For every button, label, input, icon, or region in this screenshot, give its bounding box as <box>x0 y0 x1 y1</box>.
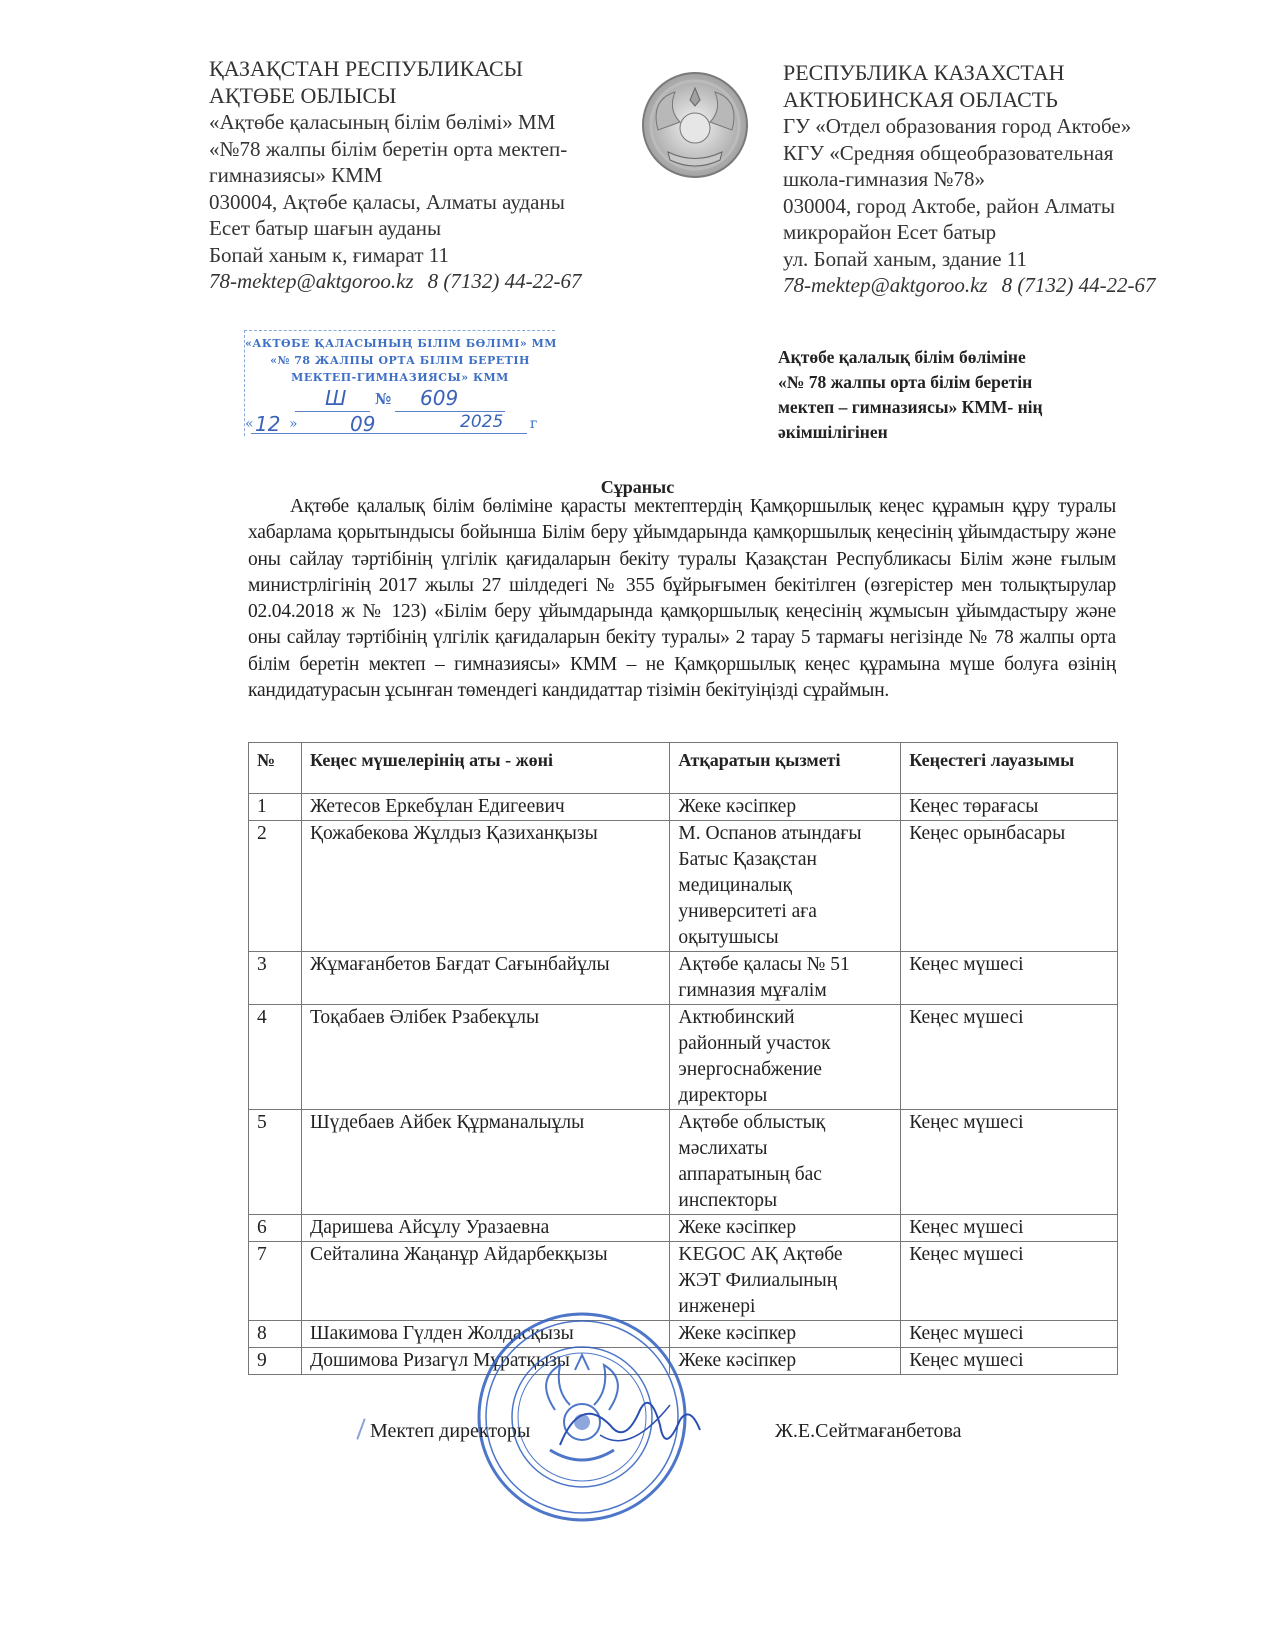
member-position: Жеке кәсіпкер <box>670 794 901 821</box>
header-position: Атқаратын қызметі <box>670 743 901 794</box>
signatory-title: Мектеп директоры <box>370 1420 530 1443</box>
stamp-number-label: № <box>375 390 391 408</box>
member-position: KEGOC АҚ АқтөбеЖЭТ Филиалыныңинженері <box>670 1242 901 1321</box>
member-position-line: Батыс Қазақстан <box>678 847 892 873</box>
member-position-line: районный участок <box>678 1031 892 1057</box>
table-row: 3Жұмағанбетов Бағдат СағынбайұлыАқтөбе қ… <box>249 952 1118 1005</box>
member-position-line: мәслихаты <box>678 1136 892 1162</box>
header-name: Кеңес мүшелерінің аты - жөні <box>301 743 669 794</box>
member-position-line: Актюбинский <box>678 1005 892 1031</box>
header-left-phone: 8 (7132) 44-22-67 <box>428 269 582 293</box>
member-number: 3 <box>249 952 302 1005</box>
member-position-line: М. Оспанов атындағы <box>678 821 892 847</box>
header-right-line: ГУ «Отдел образования город Актобе» <box>783 113 1203 140</box>
member-name: Шүдебаев Айбек Құрманалыұлы <box>301 1110 669 1215</box>
member-position-line: Жеке кәсіпкер <box>678 1321 892 1347</box>
member-position-line: гимназия мұғалім <box>678 978 892 1004</box>
stamp-number: 609 <box>420 386 458 410</box>
member-name: Сейталина Жаңанұр Айдарбекқызы <box>301 1242 669 1321</box>
member-number: 1 <box>249 794 302 821</box>
member-position-line: инспекторы <box>678 1188 892 1214</box>
header-left-line: 030004, Ақтөбе қаласы, Алматы ауданы <box>209 189 629 216</box>
table-row: 6Даришева Айсұлу УразаевнаЖеке кәсіпкерК… <box>249 1215 1118 1242</box>
header-right-russian: РЕСПУБЛИКА КАЗАХСТАН АКТЮБИНСКАЯ ОБЛАСТЬ… <box>783 60 1203 299</box>
header-left-line: «Ақтөбе қаласының білім бөлімі» ММ <box>209 109 629 136</box>
member-council-role: Кеңес орынбасары <box>901 821 1118 952</box>
header-right-contacts: 78-mektep@aktgoroo.kz8 (7132) 44-22-67 <box>783 272 1203 299</box>
member-position-line: Жеке кәсіпкер <box>678 1215 892 1241</box>
member-number: 6 <box>249 1215 302 1242</box>
member-name: Жұмағанбетов Бағдат Сағынбайұлы <box>301 952 669 1005</box>
member-number: 5 <box>249 1110 302 1215</box>
member-position-line: ЖЭТ Филиалының <box>678 1268 892 1294</box>
header-left-contacts: 78-mektep@aktgoroo.kz8 (7132) 44-22-67 <box>209 268 629 295</box>
member-position: Жеке кәсіпкер <box>670 1215 901 1242</box>
header-left-kazakh: ҚАЗАҚСТАН РЕСПУБЛИКАСЫ АҚТӨБЕ ОБЛЫСЫ «Ақ… <box>209 56 629 295</box>
header-left-line: «№78 жалпы білім беретін орта мектеп- <box>209 136 629 163</box>
member-position: М. Оспанов атындағыБатыс Қазақстанмедици… <box>670 821 901 952</box>
table-header-row: № Кеңес мүшелерінің аты - жөні Атқаратын… <box>249 743 1118 794</box>
header-left-line: Бопай ханым к, ғимарат 11 <box>209 242 629 269</box>
member-name: Тоқабаев Әлібек Рзабекұлы <box>301 1005 669 1110</box>
header-number: № <box>249 743 302 794</box>
member-position-line: Ақтөбе облыстық <box>678 1110 892 1136</box>
header-right-email[interactable]: 78-mektep@aktgoroo.kz <box>783 273 988 297</box>
stamp-year: 2025 <box>460 412 503 432</box>
header-role: Кеңестегі лауазымы <box>901 743 1118 794</box>
member-number: 9 <box>249 1348 302 1375</box>
member-number: 4 <box>249 1005 302 1110</box>
registration-stamp: «АКТӨБЕ ҚАЛАСЫНЫҢ БІЛІМ БӨЛІМІ» ММ «№ 78… <box>244 330 555 436</box>
header-left-email[interactable]: 78-mektep@aktgoroo.kz <box>209 269 414 293</box>
member-position-line: Ақтөбе қаласы № 51 <box>678 952 892 978</box>
addressee-line: Ақтөбе қалалық білім бөліміне <box>778 345 1138 370</box>
member-position-line: Жеке кәсіпкер <box>678 794 892 820</box>
member-council-role: Кеңес мүшесі <box>901 1242 1118 1321</box>
member-council-role: Кеңес мүшесі <box>901 1321 1118 1348</box>
header-right-line: микрорайон Есет батыр <box>783 219 1203 246</box>
handwritten-signature-icon <box>540 1385 720 1475</box>
member-name: Қожабекова Жұлдыз Қазиханқызы <box>301 821 669 952</box>
addressee-block: Ақтөбе қалалық білім бөліміне «№ 78 жалп… <box>778 345 1138 445</box>
member-position-line: оқытушысы <box>678 925 892 951</box>
header-right-line: школа-гимназия №78» <box>783 166 1203 193</box>
table-row: 4Тоқабаев Әлібек РзабекұлыАктюбинскийрай… <box>249 1005 1118 1110</box>
member-number: 7 <box>249 1242 302 1321</box>
member-council-role: Кеңес төрағасы <box>901 794 1118 821</box>
header-right-phone: 8 (7132) 44-22-67 <box>1002 273 1156 297</box>
header-left-line: гимназиясы» КММ <box>209 162 629 189</box>
header-left-line: Есет батыр шағын ауданы <box>209 215 629 242</box>
header-right-line: 030004, город Актобе, район Алматы <box>783 193 1203 220</box>
member-position: Ақтөбе қаласы № 51гимназия мұғалім <box>670 952 901 1005</box>
addressee-line: мектеп – гимназиясы» КММ- нің <box>778 395 1138 420</box>
member-position-line: энергоснабжение <box>678 1057 892 1083</box>
header-left-line: АҚТӨБЕ ОБЛЫСЫ <box>209 83 629 110</box>
member-position-line: инженері <box>678 1294 892 1320</box>
member-position: Актюбинскийрайонный участокэнергоснабжен… <box>670 1005 901 1110</box>
stamp-date-row: « 12 » 09 2025 г <box>245 412 555 436</box>
addressee-line: әкімшілігінен <box>778 420 1138 445</box>
member-position-line: директоры <box>678 1083 892 1109</box>
member-council-role: Кеңес мүшесі <box>901 1110 1118 1215</box>
council-members-table: № Кеңес мүшелерінің аты - жөні Атқаратын… <box>248 742 1118 1375</box>
request-paragraph: Ақтөбе қалалық білім бөліміне қарасты ме… <box>248 494 1116 704</box>
table-row: 2Қожабекова Жұлдыз ҚазиханқызыМ. Оспанов… <box>249 821 1118 952</box>
member-council-role: Кеңес мүшесі <box>901 1215 1118 1242</box>
member-council-role: Кеңес мүшесі <box>901 1348 1118 1375</box>
kazakhstan-state-emblem-icon <box>640 70 750 180</box>
stamp-number-row: Ш № 609 <box>245 388 555 412</box>
header-left-line: ҚАЗАҚСТАН РЕСПУБЛИКАСЫ <box>209 56 629 83</box>
stamp-line: МЕКТЕП-ГИМНАЗИЯСЫ» КММ <box>245 369 555 386</box>
header-right-line: РЕСПУБЛИКА КАЗАХСТАН <box>783 60 1203 87</box>
member-position: Ақтөбе облыстықмәслихатыаппаратының баси… <box>670 1110 901 1215</box>
member-number: 2 <box>249 821 302 952</box>
member-council-role: Кеңес мүшесі <box>901 1005 1118 1110</box>
member-name: Жетесов Еркебұлан Едигеевич <box>301 794 669 821</box>
member-position-line: KEGOC АҚ Ақтөбе <box>678 1242 892 1268</box>
member-position-line: университеті аға <box>678 899 892 925</box>
stamp-year-suffix: г <box>530 416 537 432</box>
member-position-line: Жеке кәсіпкер <box>678 1348 892 1374</box>
request-body: Ақтөбе қалалық білім бөліміне қарасты ме… <box>248 494 1116 704</box>
header-right-line: АКТЮБИНСКАЯ ОБЛАСТЬ <box>783 87 1203 114</box>
member-position: Жеке кәсіпкер <box>670 1348 901 1375</box>
member-position-line: аппаратының бас <box>678 1162 892 1188</box>
member-number: 8 <box>249 1321 302 1348</box>
table-row: 1Жетесов Еркебұлан ЕдигеевичЖеке кәсіпке… <box>249 794 1118 821</box>
member-position: Жеке кәсіпкер <box>670 1321 901 1348</box>
table-row: 7Сейталина Жаңанұр АйдарбекқызыKEGOC АҚ … <box>249 1242 1118 1321</box>
stamp-line: «АКТӨБЕ ҚАЛАСЫНЫҢ БІЛІМ БӨЛІМІ» ММ <box>245 335 555 352</box>
table-row: 5Шүдебаев Айбек ҚұрманалыұлыАқтөбе облыс… <box>249 1110 1118 1215</box>
signature-tick-mark <box>356 1418 365 1439</box>
member-council-role: Кеңес мүшесі <box>901 952 1118 1005</box>
header-right-line: КГУ «Средняя общеобразовательная <box>783 140 1203 167</box>
member-name: Даришева Айсұлу Уразаевна <box>301 1215 669 1242</box>
header-right-line: ул. Бопай ханым, здание 11 <box>783 246 1203 273</box>
addressee-line: «№ 78 жалпы орта білім беретін <box>778 370 1138 395</box>
signatory-name: Ж.Е.Сейтмағанбетова <box>775 1420 962 1443</box>
stamp-index-prefix: Ш <box>325 386 346 410</box>
member-position-line: медициналық <box>678 873 892 899</box>
stamp-line: «№ 78 ЖАЛПЫ ОРТА БІЛІМ БЕРЕТІН <box>245 352 555 369</box>
